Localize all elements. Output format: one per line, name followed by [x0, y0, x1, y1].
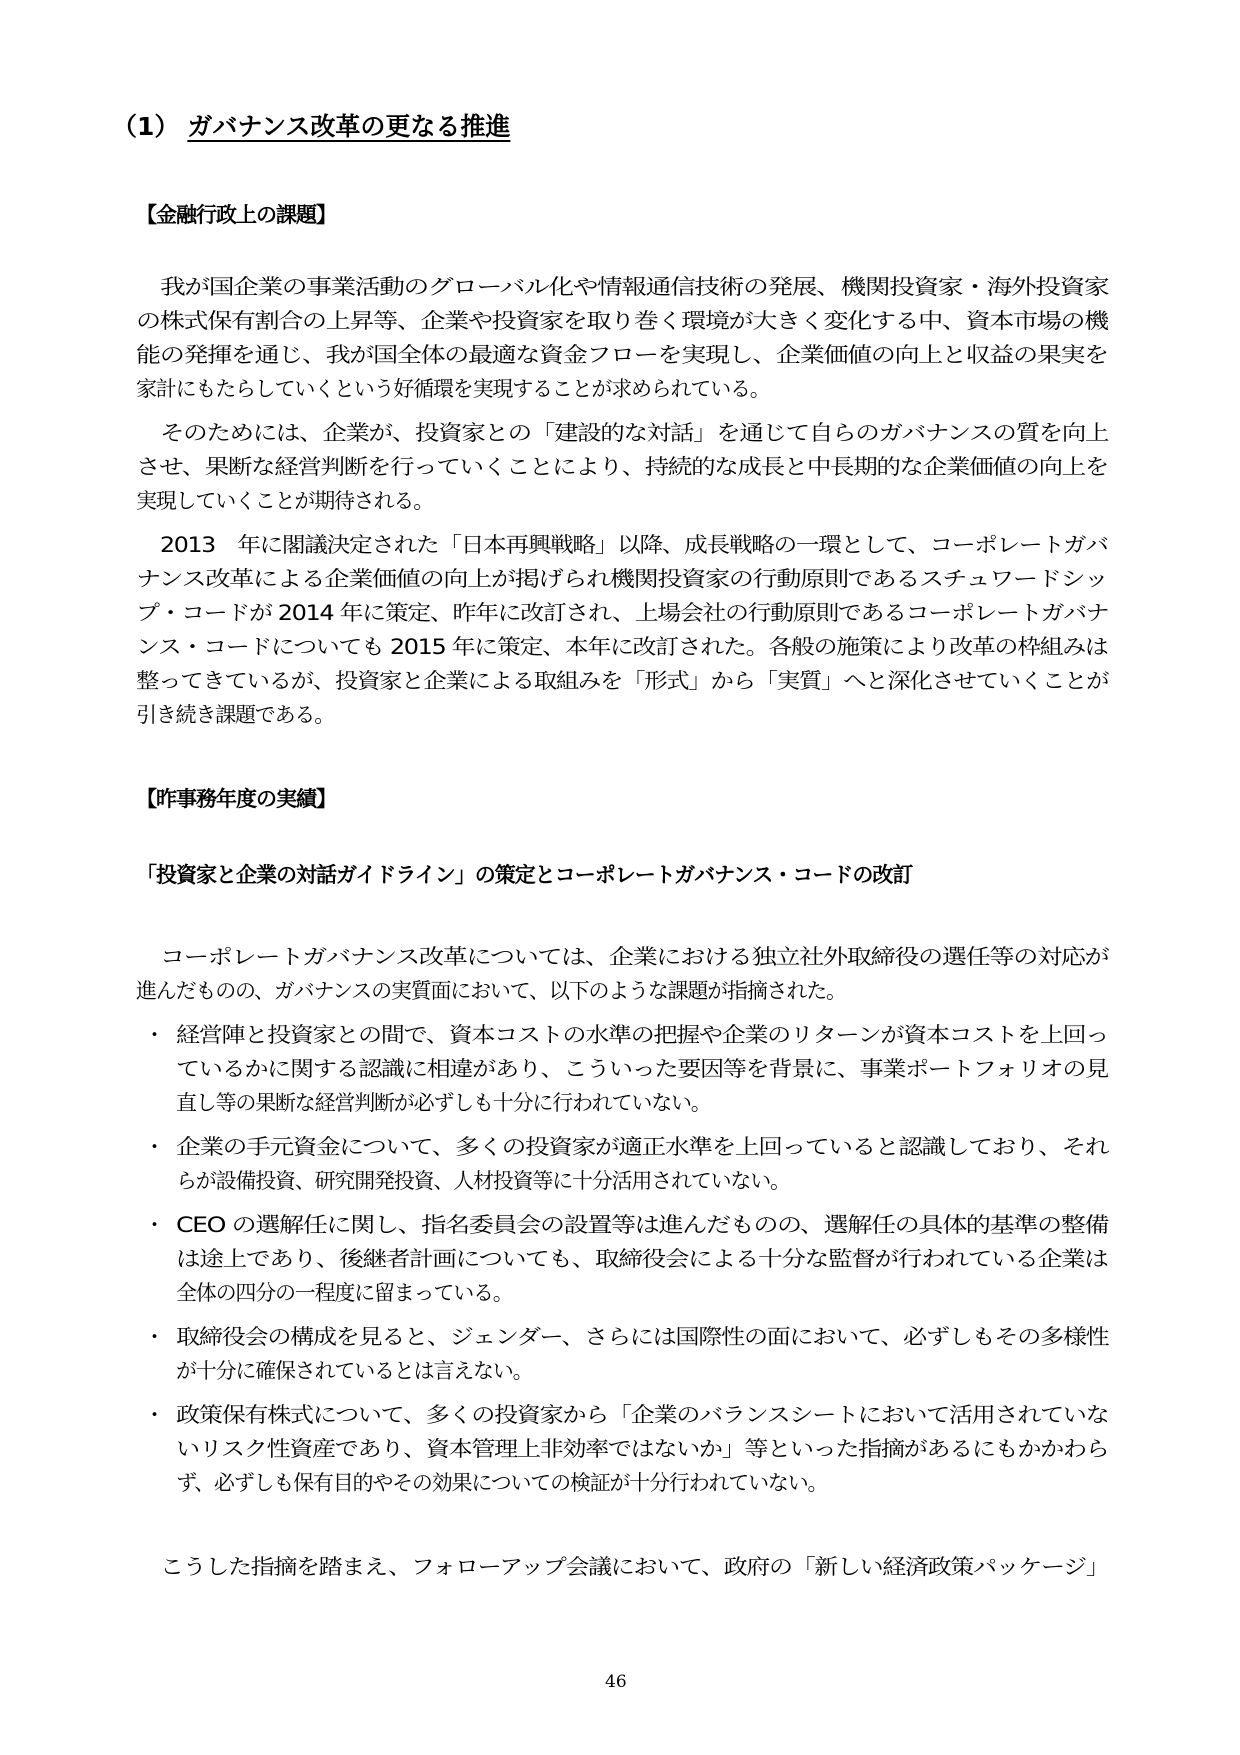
bullet-line: が十分に確保されているとは言えない。	[176, 1356, 532, 1386]
bullet-marker: ・	[144, 1020, 164, 1050]
section-heading: （1）ガバナンス改革の更なる推進	[112, 112, 510, 142]
paragraph-line: ナンス改革による企業価値の向上が掲げられ機関投資家の行動原則であるスチュワードシ…	[136, 564, 1108, 594]
bullet-marker: ・	[144, 1132, 164, 1162]
paragraph-line: こうした指摘を踏まえ、フォローアップ会議において、政府の「新しい経済政策パッケー…	[160, 1552, 1109, 1582]
bullet-line: いリスク性資産であり、資本管理上非効率ではないか」等といった指摘があるにもかかわ…	[176, 1434, 1108, 1464]
document-page: （1）ガバナンス改革の更なる推進 【金融行政上の課題】 我が国企業の事業活動のグ…	[0, 0, 1240, 1755]
bullet-line: CEO の選解任に関し、指名委員会の設置等は進んだものの、選解任の具体的基準の整…	[176, 1210, 1108, 1240]
paragraph-line: 引き続き課題である。	[136, 700, 334, 730]
paragraph-line: プ・コードが 2014 年に策定、昨年に改訂され、上場会社の行動原則であるコーポ…	[136, 598, 1108, 628]
heading-issues: 【金融行政上の課題】	[136, 200, 336, 230]
bullet-line: らが設備投資、研究開発投資、人材投資等に十分活用されていない。	[176, 1166, 790, 1196]
paragraph-line: 能の発揮を通じ、我が国全体の最適な資金フローを実現し、企業価値の向上と収益の果実…	[136, 340, 1108, 370]
paragraph-line: の株式保有割合の上昇等、企業や投資家を取り巻く環境が大きく変化する中、資本市場の…	[136, 306, 1108, 336]
bullet-line: ているかに関する認識に相違があり、こういった要因等を背景に、事業ポートフォリオの…	[176, 1054, 1108, 1084]
subheading-guideline: 「投資家と企業の対話ガイドライン」の策定とコーポレートガバナンス・コードの改訂	[136, 860, 912, 890]
bullet-line: は途上であり、後継者計画についても、取締役会による十分な監督が行われている企業は	[176, 1244, 1108, 1274]
bullet-line: 直し等の果断な経営判断が必ずしも十分に行われていない。	[176, 1088, 711, 1118]
paragraph-line: ンス・コードについても 2015 年に策定、本年に改訂された。各般の施策により改…	[136, 632, 1107, 662]
paragraph-line: させ、果断な経営判断を行っていくことにより、持続的な成長と中長期的な企業価値の向…	[136, 452, 1108, 482]
paragraph-line: コーポレートガバナンス改革については、企業における独立社外取締役の選任等の対応が	[160, 942, 1108, 972]
bullet-line: 経営陣と投資家との間で、資本コストの水準の把握や企業のリターンが資本コストを上回…	[176, 1020, 1108, 1050]
paragraph-line: 整ってきているが、投資家と企業による取組みを「形式」から「実質」へと深化させてい…	[136, 666, 1108, 696]
bullet-marker: ・	[144, 1210, 164, 1240]
paragraph-line: 実現していくことが期待される。	[136, 486, 433, 516]
section-title: ガバナンス改革の更なる推進	[187, 112, 510, 141]
paragraph-line: 進んだものの、ガバナンスの実質面において、以下のような課題が指摘された。	[136, 976, 846, 1006]
bullet-line: 取締役会の構成を見ると、ジェンダー、さらには国際性の面において、必ずしもその多様…	[176, 1322, 1108, 1352]
bullet-line: 企業の手元資金について、多くの投資家が適正水準を上回っていると認識しており、それ	[176, 1132, 1108, 1162]
bullet-marker: ・	[144, 1322, 164, 1352]
paragraph-line: 我が国企業の事業活動のグローバル化や情報通信技術の発展、機関投資家・海外投資家	[160, 272, 1108, 302]
paragraph-line: そのためには、企業が、投資家との「建設的な対話」を通じて自らのガバナンスの質を向…	[160, 418, 1108, 448]
heading-results: 【昨事務年度の実績】	[136, 784, 336, 814]
bullet-marker: ・	[144, 1400, 164, 1430]
paragraph-line: 2013 年に閣議決定された「日本再興戦略」以降、成長戦略の一環として、コーポレ…	[160, 530, 1108, 560]
bullet-line: ず、必ずしも保有目的やその効果についての検証が十分行われていない。	[176, 1468, 827, 1498]
bullet-line: 全体の四分の一程度に留まっている。	[176, 1278, 513, 1308]
bullet-line: 政策保有株式について、多くの投資家から「企業のバランスシートにおいて活用されてい…	[176, 1400, 1108, 1430]
section-number: （1）	[112, 112, 179, 141]
paragraph-line: 家計にもたらしていくという好循環を実現することが求められている。	[136, 374, 770, 404]
page-number: 46	[605, 1672, 627, 1692]
